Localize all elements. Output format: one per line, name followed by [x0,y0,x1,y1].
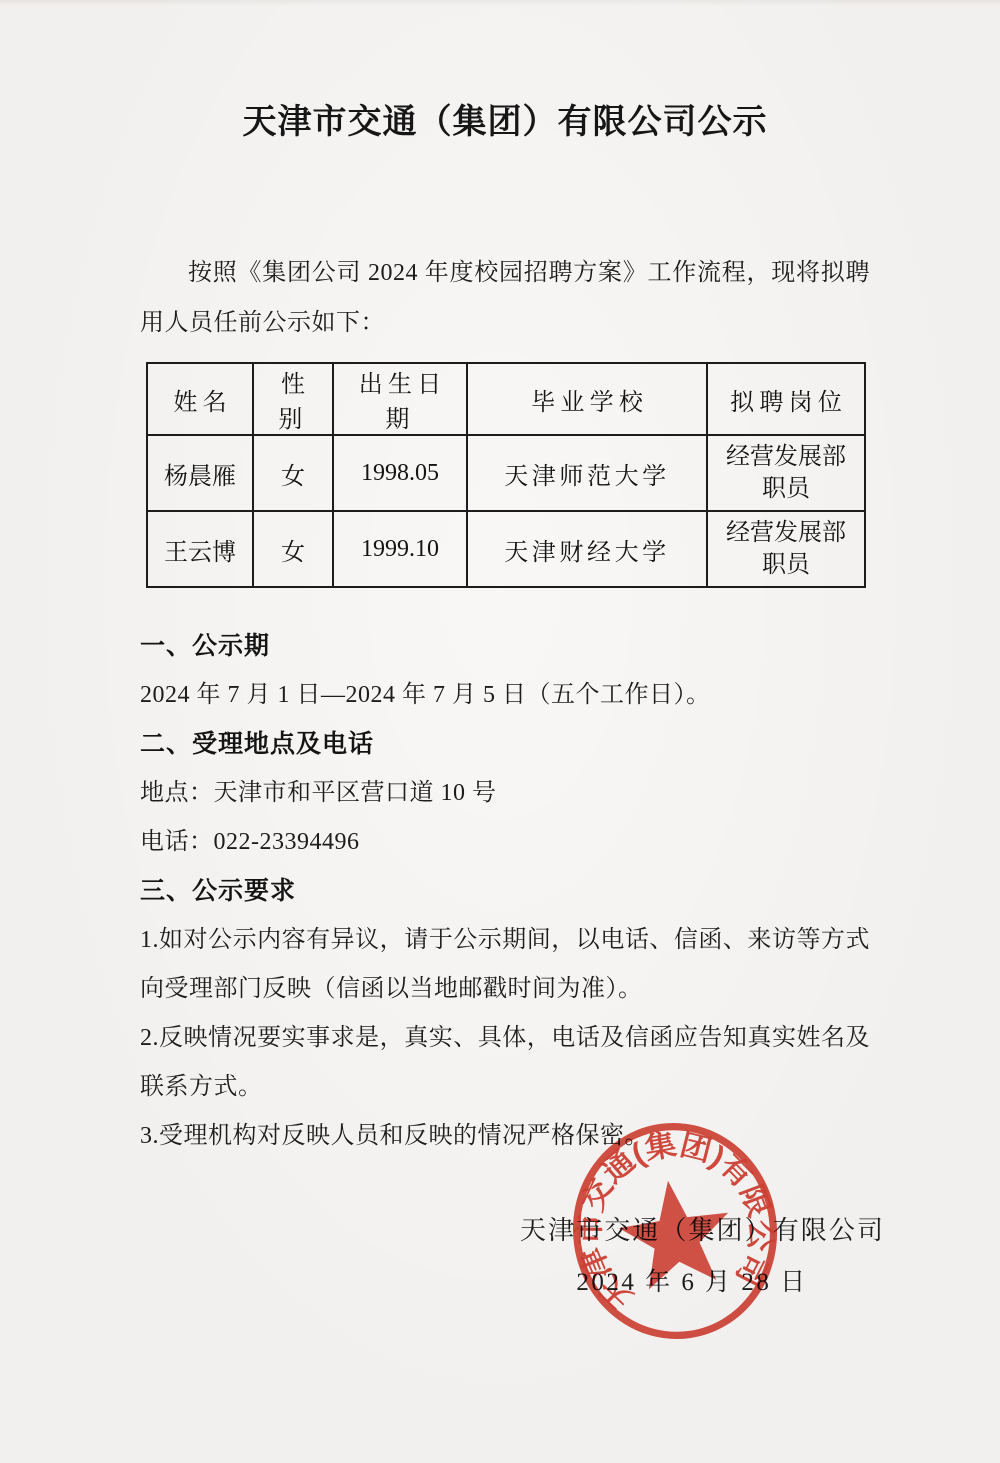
requirement-item-2: 2.反映情况要实事求是，真实、具体，电话及信函应告知真实姓名及联系方式。 [140,1014,870,1112]
requirement-item-1: 1.如对公示内容有异议，请于公示期间，以电话、信函、来访等方式向受理部门反映（信… [140,916,870,1014]
signature-company-name: 天津市交通（集团）有限公司 [520,1205,864,1257]
intro-paragraph: 按照《集团公司 2024 年度校园招聘方案》工作流程，现将拟聘用人员任前公示如下… [140,248,870,348]
requirement-item-3: 3.受理机构对反映人员和反映的情况严格保密。 [140,1112,870,1161]
cell-position: 经营发展部职员 [707,435,865,511]
col-header-birth-date: 出生日期 [333,363,467,435]
candidate-table: 姓名 性别 出生日期 毕业学校 拟聘岗位 杨晨雁 女 1998.05 天津师范大… [146,362,866,588]
contact-address-line: 地点：天津市和平区营口道 10 号 [140,769,870,818]
cell-name: 杨晨雁 [147,435,253,511]
table-header-row: 姓名 性别 出生日期 毕业学校 拟聘岗位 [147,363,865,435]
notice-sections: 一、公示期 2024 年 7 月 1 日—2024 年 7 月 5 日（五个工作… [140,622,870,1161]
cell-birth-date: 1999.10 [333,511,467,587]
contact-phone-line: 电话：022-23394496 [140,818,870,867]
scanned-notice-page: 天津市交通（集团）有限公司公示 按照《集团公司 2024 年度校园招聘方案》工作… [0,0,1000,1463]
document-title: 天津市交通（集团）有限公司公示 [140,100,870,144]
col-header-name: 姓名 [147,363,253,435]
cell-school: 天津财经大学 [467,511,707,587]
document-content: 天津市交通（集团）有限公司公示 按照《集团公司 2024 年度校园招聘方案》工作… [0,100,1000,1309]
section-heading-contact: 二、受理地点及电话 [140,720,870,769]
table-row: 王云博 女 1999.10 天津财经大学 经营发展部职员 [147,511,865,587]
col-header-school: 毕业学校 [467,363,707,435]
col-header-position: 拟聘岗位 [707,363,865,435]
cell-gender: 女 [253,435,333,511]
cell-birth-date: 1998.05 [333,435,467,511]
cell-name: 王云博 [147,511,253,587]
section-heading-publicity-period: 一、公示期 [140,622,870,671]
col-header-gender: 性别 [253,363,333,435]
cell-position: 经营发展部职员 [707,511,865,587]
cell-school: 天津师范大学 [467,435,707,511]
publicity-period-dates: 2024 年 7 月 1 日—2024 年 7 月 5 日（五个工作日）。 [140,671,870,720]
cell-gender: 女 [253,511,333,587]
signature-block: 天津市交通（集团）有限公司 2024 年 6 月 28 日 [520,1205,864,1309]
signature-date: 2024 年 6 月 28 日 [520,1257,864,1309]
section-heading-requirements: 三、公示要求 [140,867,870,916]
table-row: 杨晨雁 女 1998.05 天津师范大学 经营发展部职员 [147,435,865,511]
